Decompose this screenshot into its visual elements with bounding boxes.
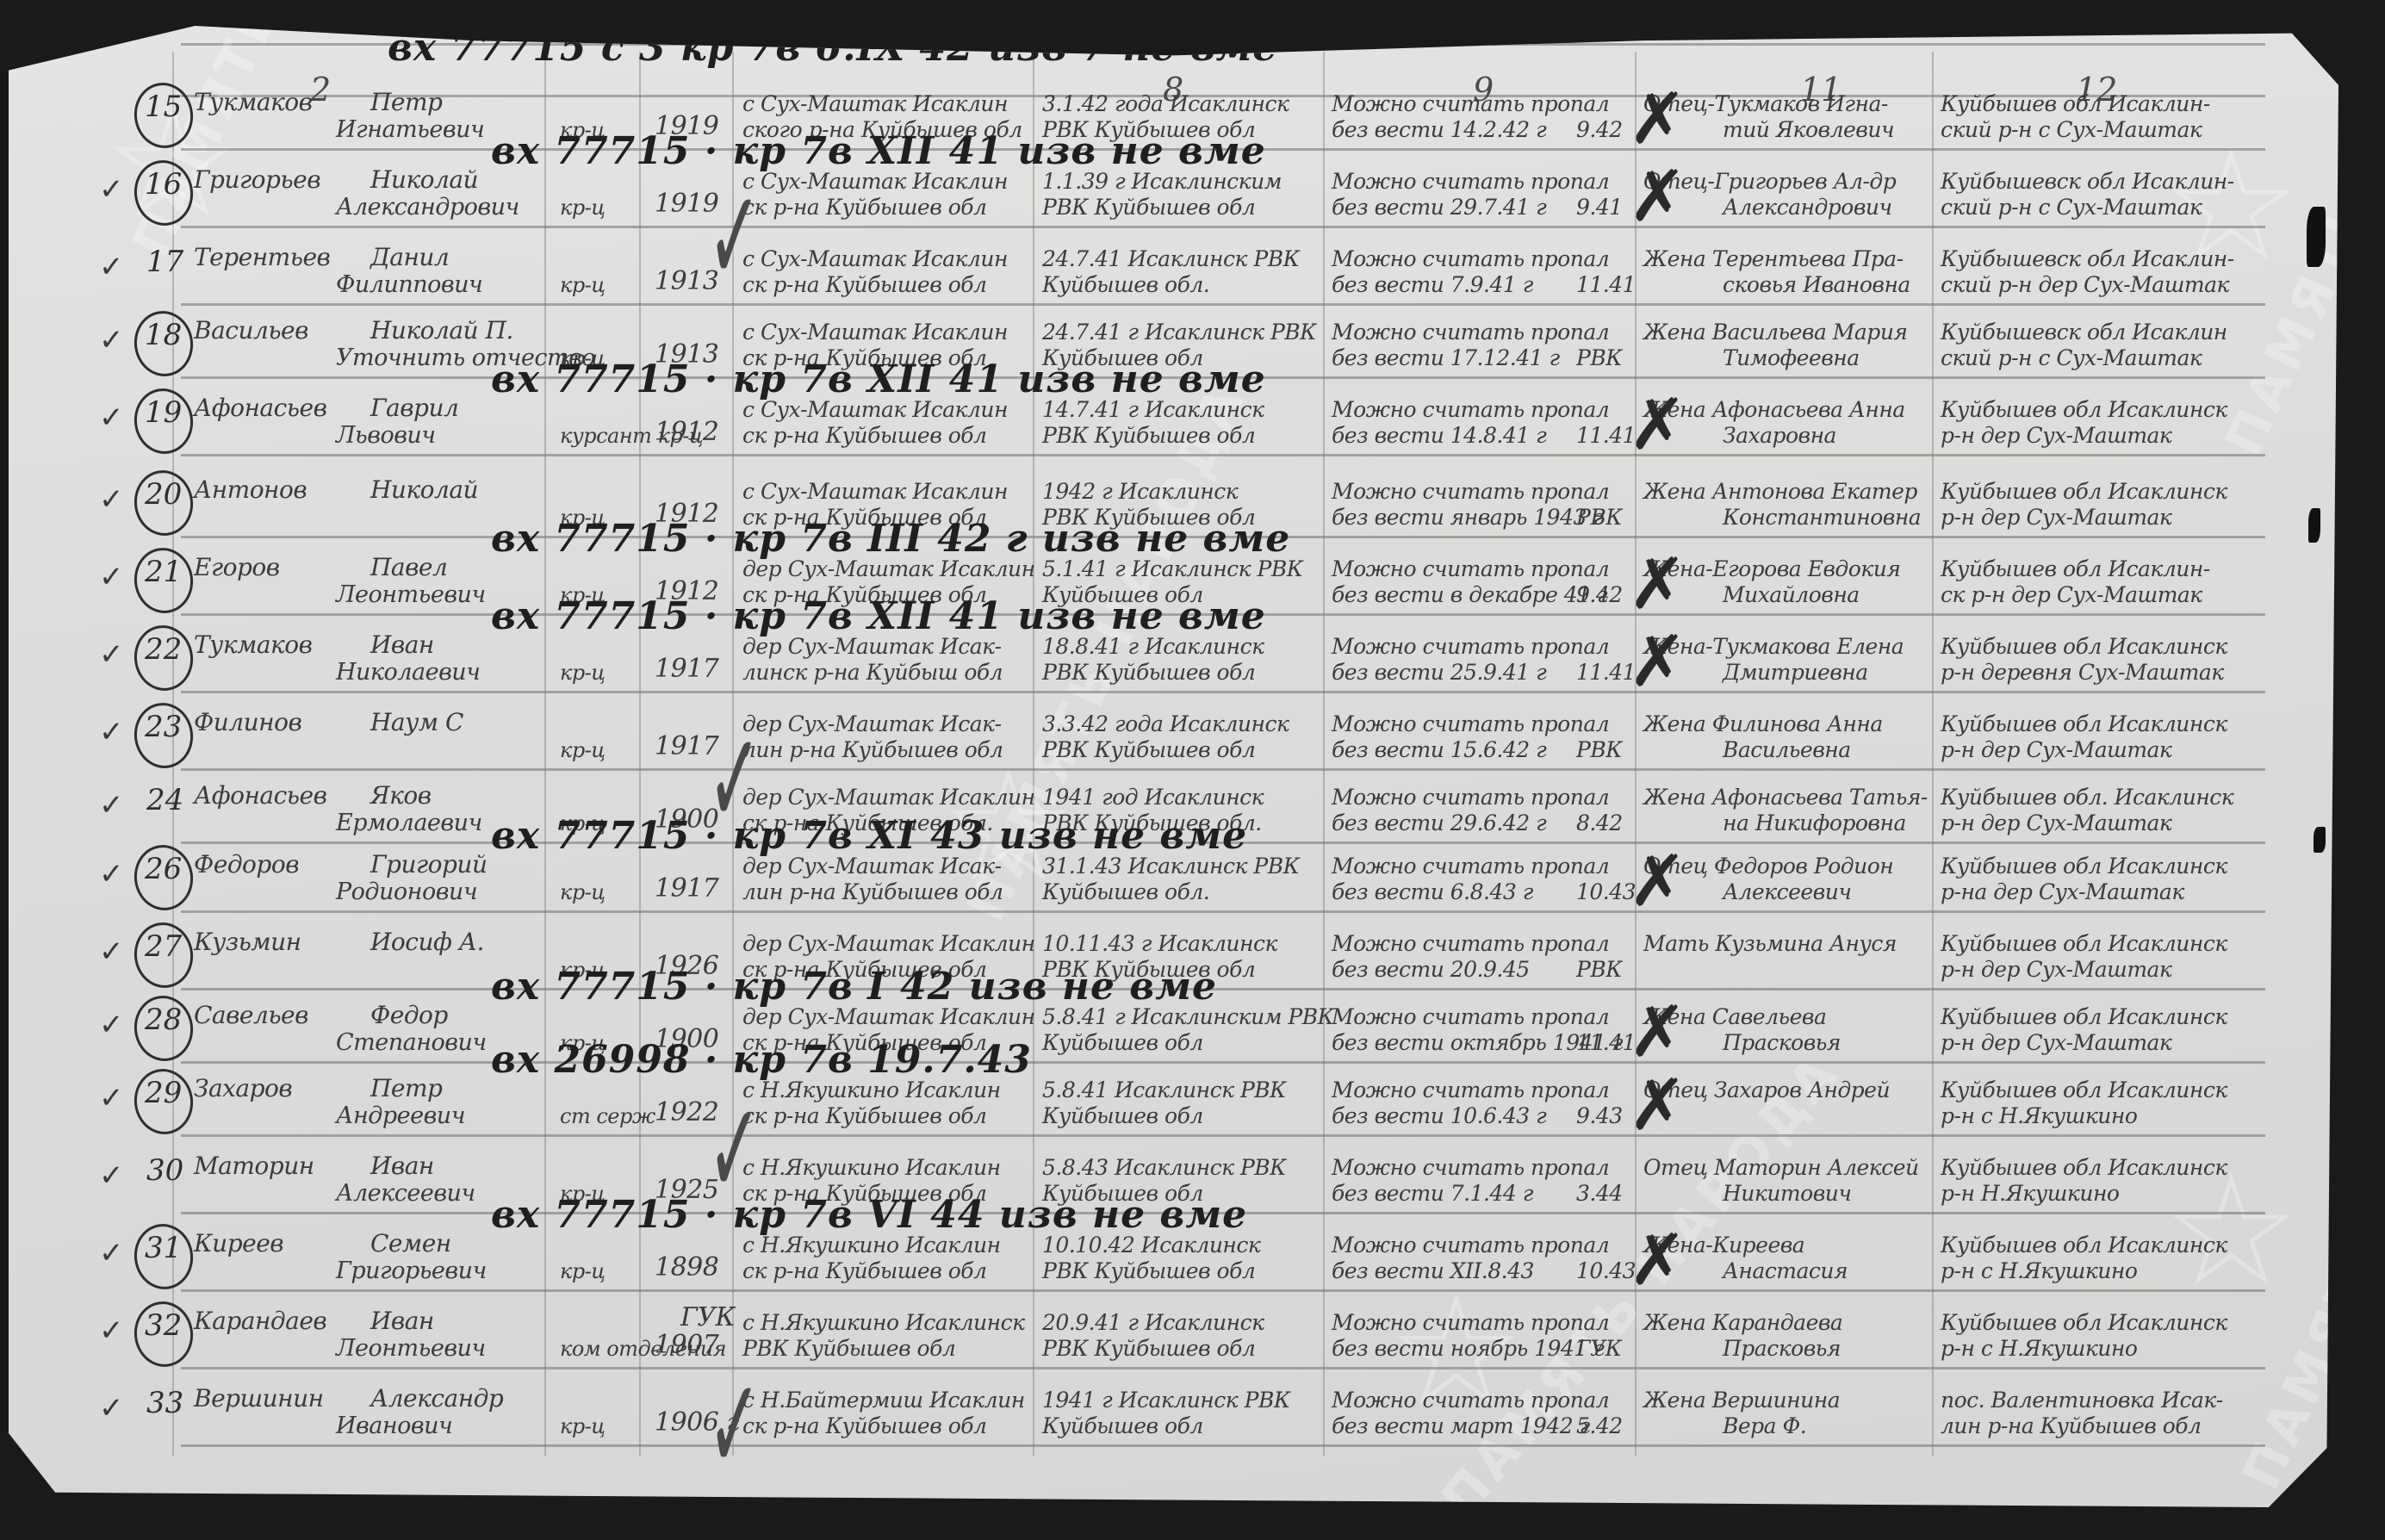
drafted-line-1: 24.7.41 г Исаклинск РВК bbox=[1042, 320, 1316, 345]
address-line-1: Куйбышев обл Исаклинск bbox=[1941, 854, 2227, 879]
drafted-line-2: РВК Куйбышев обл bbox=[1042, 660, 1255, 686]
row-rule bbox=[181, 226, 2265, 228]
relative-line-2: Тимофеевна bbox=[1723, 345, 1860, 371]
given-name: Иван bbox=[370, 1153, 434, 1179]
row-annotation: вх 77715 · кр 7в XII 41 изв не вме bbox=[491, 594, 1266, 638]
fate-line-1: Можно считать пропал bbox=[1332, 556, 1609, 582]
drafted-line-2: Куйбышев обл bbox=[1042, 1103, 1203, 1129]
origin-line-1: дер Сух-Маштак Исак- bbox=[742, 711, 1002, 737]
row-annotation: вх 77715 · кр 7в XII 41 изв не вме bbox=[491, 357, 1266, 401]
cross-out-icon: ✗ bbox=[1628, 627, 1687, 698]
address-line-2: р-н с Н.Якушкино bbox=[1941, 1336, 2137, 1362]
patronymic: Родионович bbox=[336, 879, 477, 905]
origin-line-1: с Н.Якушкино Исаклин bbox=[742, 1155, 1001, 1181]
cross-out-icon: ✗ bbox=[1628, 997, 1687, 1068]
relative-line-2: тий Яковлевич bbox=[1723, 117, 1894, 143]
patronymic: Леонтьевич bbox=[336, 1336, 486, 1362]
fate-line-2: без вести 14.8.41 г bbox=[1332, 423, 1546, 449]
circled-number-icon bbox=[130, 544, 197, 618]
patronymic: Григорьевич bbox=[336, 1258, 487, 1284]
relative-line-2: Никитович bbox=[1723, 1181, 1851, 1207]
address-line-1: Куйбышев обл Исаклинск bbox=[1941, 634, 2227, 660]
cross-out-icon: ✗ bbox=[1628, 1071, 1687, 1141]
surname: Федоров bbox=[194, 852, 299, 878]
relative-line-2: Дмитриевна bbox=[1723, 660, 1868, 686]
checkmark-icon: ✓ bbox=[99, 715, 124, 749]
surname: Филинов bbox=[194, 710, 301, 736]
address-line-1: Куйбышев обл Исаклинск bbox=[1941, 1155, 2227, 1181]
paper-hole bbox=[2308, 508, 2320, 543]
drafted-line-2: Куйбышев обл bbox=[1042, 1030, 1203, 1056]
relative-line-2: Вера Ф. bbox=[1723, 1413, 1806, 1439]
drafted-line-2: РВК Куйбышев обл bbox=[1042, 1258, 1255, 1284]
given-name: Федор bbox=[370, 1003, 448, 1028]
given-name: Наум С bbox=[370, 710, 463, 736]
address-line-2: р-н с Н.Якушкино bbox=[1941, 1258, 2137, 1284]
circled-number-icon bbox=[130, 992, 197, 1065]
address-line-2: ский р-н с Сух-Маштак bbox=[1941, 345, 2202, 371]
notice-mark: 8.42 bbox=[1576, 810, 1623, 836]
column-rule bbox=[1323, 52, 1325, 1456]
surname: Антонов bbox=[194, 477, 307, 503]
checkmark-icon: ✓ bbox=[99, 1236, 124, 1270]
fate-line-2: без вести 20.9.45 bbox=[1332, 957, 1530, 983]
row-annotation: вх 77715 · кр 7в I 42 изв не вме bbox=[491, 965, 1217, 1009]
address-line-1: Куйбышев обл. Исаклинск bbox=[1941, 785, 2233, 810]
address-line-1: Куйбышев обл Исаклин- bbox=[1941, 91, 2210, 117]
fate-line-1: Можно считать пропал bbox=[1332, 169, 1609, 195]
fate-line-1: Можно считать пропал bbox=[1332, 854, 1609, 879]
birth-year: 1917 bbox=[655, 876, 718, 902]
patronymic: Александрович bbox=[336, 195, 519, 220]
rank: кр-ц bbox=[560, 272, 606, 298]
row-rule bbox=[181, 691, 2265, 693]
relative-line-2: Анастасия bbox=[1723, 1258, 1848, 1284]
row-number: 33 bbox=[146, 1386, 183, 1420]
large-checkmark-icon: ✓ bbox=[707, 1085, 761, 1214]
fate-line-2: без вести 10.6.43 г bbox=[1332, 1103, 1546, 1129]
origin-line-2: ск р-на Куйбышев обл bbox=[742, 1413, 986, 1439]
address-line-2: р-н дер Сух-Маштак bbox=[1941, 810, 2171, 836]
drafted-line-1: 1942 г Исаклинск bbox=[1042, 479, 1238, 505]
address-line-1: Куйбышевск обл Исаклин bbox=[1941, 320, 2227, 345]
checkmark-icon: ✓ bbox=[99, 1081, 124, 1115]
notice-mark: 11.41 bbox=[1576, 660, 1636, 686]
circled-number-icon bbox=[130, 307, 197, 381]
surname: Афонасьев bbox=[194, 395, 326, 421]
drafted-line-2: Куйбышев обл. bbox=[1042, 272, 1209, 298]
origin-line-2: ск р-на Куйбышев обл bbox=[742, 1103, 986, 1129]
address-line-1: Куйбышевск обл Исаклин- bbox=[1941, 169, 2234, 195]
notice-mark: ГУК bbox=[1576, 1336, 1621, 1362]
patronymic: Николаевич bbox=[336, 660, 480, 686]
relative-line-2: сковья Ивановна bbox=[1723, 272, 1910, 298]
origin-line-1: с Сух-Маштак Исаклин bbox=[742, 479, 1008, 505]
cross-out-icon: ✗ bbox=[1628, 162, 1687, 233]
origin-line-2: ск р-на Куйбышев обл bbox=[742, 423, 986, 449]
circled-number-icon bbox=[130, 1298, 197, 1371]
fate-line-2: без вести 29.7.41 г bbox=[1332, 195, 1546, 220]
address-line-1: Куйбышев обл Исаклинск bbox=[1941, 397, 2227, 423]
row-annotation: ГУК bbox=[680, 1305, 735, 1331]
fate-line-1: Можно считать пропал bbox=[1332, 1155, 1609, 1181]
relative-line-1: Мать Кузьмина Ануся bbox=[1643, 931, 1897, 957]
row-rule bbox=[181, 1289, 2265, 1292]
relative-line-2: Михайловна bbox=[1723, 582, 1860, 608]
relative-line-1: Жена Терентьева Пра- bbox=[1643, 246, 1904, 272]
patronymic: Игнатьевич bbox=[336, 117, 484, 143]
drafted-line-1: 5.8.43 Исаклинск РВК bbox=[1042, 1155, 1286, 1181]
column-header-2: 2 bbox=[310, 71, 331, 109]
cross-out-icon: ✗ bbox=[1628, 1226, 1687, 1296]
given-name: Петр bbox=[370, 1076, 442, 1102]
patronymic: Степанович bbox=[336, 1030, 487, 1056]
checkmark-icon: ✓ bbox=[99, 637, 124, 672]
origin-line-2: лин р-на Куйбышев обл bbox=[742, 879, 1003, 905]
large-checkmark-icon: ✓ bbox=[707, 715, 761, 844]
paper-hole bbox=[2314, 827, 2326, 853]
document-page: 2 8 9 11 12 вх 77715 с 3 кр 7в 6.IX 42 и… bbox=[9, 26, 2338, 1507]
relative-line-2: на Никифоровна bbox=[1723, 810, 1906, 836]
fate-line-2: без вести в декабре 41 г bbox=[1332, 582, 1607, 608]
checkmark-icon: ✓ bbox=[99, 250, 124, 284]
rank: кр-ц bbox=[560, 737, 606, 763]
relative-line-2: Алексеевич bbox=[1723, 879, 1851, 905]
address-line-2: лин р-на Куйбышев обл bbox=[1941, 1413, 2201, 1439]
rank: кр-ц bbox=[560, 1413, 606, 1439]
fate-line-1: Можно считать пропал bbox=[1332, 785, 1609, 810]
address-line-2: р-н с Н.Якушкино bbox=[1941, 1103, 2137, 1129]
checkmark-icon: ✓ bbox=[99, 788, 124, 823]
column-rule bbox=[1932, 52, 1934, 1456]
surname: Маторин bbox=[194, 1153, 314, 1179]
notice-mark: 5.42 bbox=[1576, 1413, 1623, 1439]
address-line-2: р-н дер Сух-Маштак bbox=[1941, 423, 2171, 449]
fate-line-2: без вести январь 1943 г bbox=[1332, 505, 1603, 531]
origin-line-2: ск р-на Куйбышев обл bbox=[742, 272, 986, 298]
fate-line-2: без вести 7.1.44 г bbox=[1332, 1181, 1533, 1207]
drafted-line-1: 3.3.42 года Исаклинск bbox=[1042, 711, 1289, 737]
patronymic: Леонтьевич bbox=[336, 582, 486, 608]
circled-number-icon bbox=[130, 1220, 197, 1294]
fate-line-2: без вести 6.8.43 г bbox=[1332, 879, 1533, 905]
surname: Терентьев bbox=[194, 245, 330, 270]
patronymic: Ермолаевич bbox=[336, 810, 482, 836]
notice-mark: 11.41 bbox=[1576, 272, 1636, 298]
address-line-2: ский р-н с Сух-Маштак bbox=[1941, 117, 2202, 143]
patronymic: Андреевич bbox=[336, 1103, 465, 1129]
large-checkmark-icon: ✓ bbox=[707, 172, 761, 301]
birth-year: 1917 bbox=[655, 656, 718, 682]
surname: Кузьмин bbox=[194, 929, 301, 955]
address-line-1: Куйбышев обл Исаклинск bbox=[1941, 1077, 2227, 1103]
address-line-1: Куйбышев обл Исаклинск bbox=[1941, 931, 2227, 957]
address-line-1: Куйбышев обл Исаклин- bbox=[1941, 556, 2210, 582]
large-checkmark-icon: ✓ bbox=[707, 1361, 761, 1490]
rank: кр-ц bbox=[560, 1258, 606, 1284]
birth-year: 1898 bbox=[655, 1255, 718, 1281]
drafted-line-2: РВК Куйбышев обл bbox=[1042, 737, 1255, 763]
row-rule bbox=[181, 303, 2265, 306]
notice-mark: 9.42 bbox=[1576, 582, 1623, 608]
relative-line-2: Васильевна bbox=[1723, 737, 1851, 763]
checkmark-icon: ✓ bbox=[99, 935, 124, 969]
address-line-2: ск р-н дер Сух-Маштак bbox=[1941, 582, 2202, 608]
rank: ст серж bbox=[560, 1103, 655, 1129]
circled-number-icon bbox=[130, 919, 197, 992]
origin-line-2: линск р-на Куйбыш обл bbox=[742, 660, 1003, 686]
origin-line-1: с Сух-Маштак Исаклин bbox=[742, 91, 1008, 117]
drafted-line-1: 20.9.41 г Исаклинск bbox=[1042, 1310, 1264, 1336]
address-line-1: Куйбышев обл Исаклинск bbox=[1941, 1310, 2227, 1336]
address-line-2: р-н дер Сух-Маштак bbox=[1941, 1030, 2171, 1056]
notice-mark: 9.41 bbox=[1576, 195, 1623, 220]
notice-mark: 9.43 bbox=[1576, 1103, 1623, 1129]
circled-number-icon bbox=[130, 622, 197, 695]
fate-line-1: Можно считать пропал bbox=[1332, 479, 1609, 505]
patronymic: Иванович bbox=[336, 1413, 452, 1439]
fate-line-1: Можно считать пропал bbox=[1332, 320, 1609, 345]
cross-out-icon: ✗ bbox=[1628, 390, 1687, 461]
relative-line-1: Жена Вершинина bbox=[1643, 1388, 1840, 1413]
fate-line-2: без вести XII.8.43 bbox=[1332, 1258, 1534, 1284]
given-name: Павел bbox=[370, 555, 447, 581]
surname: Киреев bbox=[194, 1231, 283, 1257]
row-annotation: вх 77715 · кр 7в VI 44 изв не вме bbox=[491, 1193, 1247, 1237]
row-number: 30 bbox=[146, 1153, 183, 1188]
checkmark-icon: ✓ bbox=[99, 1391, 124, 1425]
fate-line-1: Можно считать пропал bbox=[1332, 1004, 1609, 1030]
origin-line-2: лин р-на Куйбышев обл bbox=[742, 737, 1003, 763]
address-line-2: р-на дер Сух-Маштак bbox=[1941, 879, 2184, 905]
row-annotation: вх 77715 · кр 7в XII 41 изв не вме bbox=[491, 129, 1266, 173]
drafted-line-1: 5.8.41 Исаклинск РВК bbox=[1042, 1077, 1286, 1103]
surname: Карандаев bbox=[194, 1308, 326, 1334]
drafted-line-1: 3.1.42 года Исаклинск bbox=[1042, 91, 1289, 117]
origin-line-1: с Н.Якушкино Исаклинск bbox=[742, 1310, 1025, 1336]
surname: Васильев bbox=[194, 318, 308, 344]
given-name: Яков bbox=[370, 783, 432, 809]
address-line-1: Куйбышев обл Исаклинск bbox=[1941, 1233, 2227, 1258]
fate-line-1: Можно считать пропал bbox=[1332, 931, 1609, 957]
notice-mark: 10.43 bbox=[1576, 879, 1636, 905]
origin-line-1: с Сух-Маштак Исаклин bbox=[742, 246, 1008, 272]
rank: кр-ц bbox=[560, 879, 606, 905]
checkmark-icon: ✓ bbox=[99, 560, 124, 594]
notice-mark: РВК bbox=[1576, 957, 1622, 983]
drafted-line-2: Куйбышев обл. bbox=[1042, 879, 1209, 905]
origin-line-1: с Н.Байтермиш Исаклин bbox=[742, 1388, 1025, 1413]
row-number: 17 bbox=[146, 245, 183, 279]
paper-hole bbox=[2307, 207, 2326, 267]
address-line-1: Куйбышевск обл Исаклин- bbox=[1941, 246, 2234, 272]
drafted-line-1: 10.11.43 г Исаклинск bbox=[1042, 931, 1277, 957]
patronymic: Алексеевич bbox=[336, 1181, 475, 1207]
given-name: Гаврил bbox=[370, 395, 458, 421]
checkmark-icon: ✓ bbox=[99, 172, 124, 207]
drafted-line-1: 24.7.41 Исаклинск РВК bbox=[1042, 246, 1299, 272]
fate-line-1: Можно считать пропал bbox=[1332, 1388, 1609, 1413]
surname: Тукмаков bbox=[194, 632, 312, 658]
notice-mark: 11.41 bbox=[1576, 1030, 1636, 1056]
address-line-2: ский р-н дер Сух-Маштак bbox=[1941, 272, 2229, 298]
relative-line-1: Жена Филинова Анна bbox=[1643, 711, 1883, 737]
surname: Тукмаков bbox=[194, 90, 312, 115]
origin-line-1: дер Сух-Маштак Исаклин bbox=[742, 931, 1035, 957]
row-rule bbox=[181, 1134, 2265, 1137]
relative-line-2: Александрович bbox=[1723, 195, 1892, 220]
fate-line-1: Можно считать пропал bbox=[1332, 1077, 1609, 1103]
notice-mark: РВК bbox=[1576, 345, 1622, 371]
row-annotation: вх 77715 · кр 7в III 42 г изв не вме bbox=[491, 517, 1290, 561]
relative-line-2: Захаровна bbox=[1723, 423, 1836, 449]
relative-line-1: Жена Карандаева bbox=[1643, 1310, 1842, 1336]
relative-line-1: Жена Афонасьева Татья- bbox=[1643, 785, 1928, 810]
notice-mark: 3.44 bbox=[1576, 1181, 1623, 1207]
checkmark-icon: ✓ bbox=[99, 1313, 124, 1348]
birth-year: 1912 bbox=[655, 419, 718, 445]
row-rule bbox=[181, 1444, 2265, 1447]
cross-out-icon: ✗ bbox=[1628, 84, 1687, 155]
fate-line-2: без вести ноябрь 1941 г bbox=[1332, 1336, 1604, 1362]
given-name: Николай П. bbox=[370, 318, 513, 344]
drafted-line-2: РВК Куйбышев обл bbox=[1042, 423, 1255, 449]
address-line-2: ский р-н с Сух-Маштак bbox=[1941, 195, 2202, 220]
given-name: Николай bbox=[370, 477, 478, 503]
address-line-2: р-н Н.Якушкино bbox=[1941, 1181, 2119, 1207]
given-name: Петр bbox=[370, 90, 442, 115]
fate-line-1: Можно считать пропал bbox=[1332, 1233, 1609, 1258]
relative-line-1: Жена Антонова Екатер bbox=[1643, 479, 1917, 505]
checkmark-icon: ✓ bbox=[99, 1158, 124, 1193]
column-rule bbox=[544, 52, 546, 1456]
address-line-1: Куйбышев обл Исаклинск bbox=[1941, 1004, 2227, 1030]
relative-line-1: Отец Маторин Алексей bbox=[1643, 1155, 1919, 1181]
notice-mark: РВК bbox=[1576, 737, 1622, 763]
drafted-line-2: РВК Куйбышев обл bbox=[1042, 195, 1255, 220]
drafted-line-1: 1941 г Исаклинск РВК bbox=[1042, 1388, 1290, 1413]
checkmark-icon: ✓ bbox=[99, 323, 124, 357]
given-name: Иван bbox=[370, 632, 434, 658]
fate-line-1: Можно считать пропал bbox=[1332, 711, 1609, 737]
rank: кр-ц bbox=[560, 660, 606, 686]
origin-line-1: с Сух-Маштак Исаклин bbox=[742, 320, 1008, 345]
origin-line-2: ск р-на Куйбышев обл bbox=[742, 195, 986, 220]
circled-number-icon bbox=[130, 841, 197, 915]
drafted-line-2: РВК Куйбышев обл bbox=[1042, 1336, 1255, 1362]
checkmark-icon: ✓ bbox=[99, 857, 124, 891]
fate-line-1: Можно считать пропал bbox=[1332, 246, 1609, 272]
given-name: Семен bbox=[370, 1231, 451, 1257]
column-rule bbox=[639, 52, 641, 1456]
cross-out-icon: ✗ bbox=[1628, 847, 1687, 917]
address-line-2: р-н деревня Сух-Маштак bbox=[1941, 660, 2224, 686]
given-name: Александр bbox=[370, 1386, 503, 1412]
surname: Савельев bbox=[194, 1003, 308, 1028]
header-annotation: вх 77715 с 3 кр 7в 6.IX 42 изв 7 не вме bbox=[388, 26, 1277, 70]
address-line-1: Куйбышев обл Исаклинск bbox=[1941, 711, 2227, 737]
patronymic: Филиппович bbox=[336, 272, 482, 298]
notice-mark: 10.43 bbox=[1576, 1258, 1636, 1284]
address-line-2: р-н дер Сух-Маштак bbox=[1941, 737, 2171, 763]
cross-out-icon: ✗ bbox=[1628, 550, 1687, 620]
fate-line-2: без вести 25.9.41 г bbox=[1332, 660, 1546, 686]
given-name: Иван bbox=[370, 1308, 434, 1334]
given-name: Григорий bbox=[370, 852, 488, 878]
drafted-line-1: 1941 год Исаклинск bbox=[1042, 785, 1264, 810]
checkmark-icon: ✓ bbox=[99, 401, 124, 435]
drafted-line-2: Куйбышев обл bbox=[1042, 1413, 1203, 1439]
surname: Егоров bbox=[194, 555, 280, 581]
fate-line-1: Можно считать пропал bbox=[1332, 634, 1609, 660]
address-line-2: р-н дер Сух-Маштак bbox=[1941, 957, 2171, 983]
row-rule bbox=[181, 1367, 2265, 1369]
row-annotation: вх 77715 · кр 7в XI 43 изв не вме bbox=[491, 814, 1247, 858]
circled-number-icon bbox=[130, 385, 197, 458]
relative-line-2: Прасковья bbox=[1723, 1336, 1841, 1362]
row-number: 24 bbox=[146, 783, 183, 817]
row-rule bbox=[181, 454, 2265, 456]
row-rule bbox=[181, 910, 2265, 913]
circled-number-icon bbox=[130, 467, 197, 540]
address-line-1: Куйбышев обл Исаклинск bbox=[1941, 479, 2227, 505]
fate-line-2: без вести 17.12.41 г bbox=[1332, 345, 1560, 371]
notice-mark: 11.41 bbox=[1576, 423, 1636, 449]
relative-line-1: Жена Васильева Мария bbox=[1643, 320, 1907, 345]
surname: Афонасьев bbox=[194, 783, 326, 809]
fate-line-1: Можно считать пропал bbox=[1332, 397, 1609, 423]
given-name: Николай bbox=[370, 167, 478, 193]
checkmark-icon: ✓ bbox=[99, 482, 124, 517]
fate-line-2: без вести 7.9.41 г bbox=[1332, 272, 1533, 298]
notice-mark: 9.42 bbox=[1576, 117, 1623, 143]
surname: Вершинин bbox=[194, 1386, 324, 1412]
surname: Григорьев bbox=[194, 167, 320, 193]
fate-line-1: Можно считать пропал bbox=[1332, 91, 1609, 117]
checkmark-icon: ✓ bbox=[99, 1008, 124, 1042]
row-rule bbox=[181, 768, 2265, 771]
given-name: Иосиф А. bbox=[370, 929, 484, 955]
given-name: Данил bbox=[370, 245, 449, 270]
fate-line-2: без вести март 1942 г bbox=[1332, 1413, 1590, 1439]
relative-line-2: Прасковья bbox=[1723, 1030, 1841, 1056]
origin-line-1: дер Сух-Маштак Исаклин bbox=[742, 785, 1035, 810]
fate-line-1: Можно считать пропал bbox=[1332, 1310, 1609, 1336]
fate-line-2: без вести 29.6.42 г bbox=[1332, 810, 1546, 836]
notice-mark: РВК bbox=[1576, 505, 1622, 531]
origin-line-2: ск р-на Куйбышев обл bbox=[742, 1258, 986, 1284]
patronymic: Львович bbox=[336, 423, 436, 449]
fate-line-2: без вести 14.2.42 г bbox=[1332, 117, 1546, 143]
address-line-1: пос. Валентиновка Исак- bbox=[1941, 1388, 2223, 1413]
address-line-2: р-н дер Сух-Маштак bbox=[1941, 505, 2171, 531]
fate-line-2: без вести 15.6.42 г bbox=[1332, 737, 1546, 763]
relative-line-2: Константиновна bbox=[1723, 505, 1921, 531]
circled-number-icon bbox=[130, 1065, 197, 1139]
origin-line-2: РВК Куйбышев обл bbox=[742, 1336, 955, 1362]
surname: Захаров bbox=[194, 1076, 292, 1102]
rank: кр-ц bbox=[560, 195, 606, 220]
circled-number-icon bbox=[130, 699, 197, 773]
